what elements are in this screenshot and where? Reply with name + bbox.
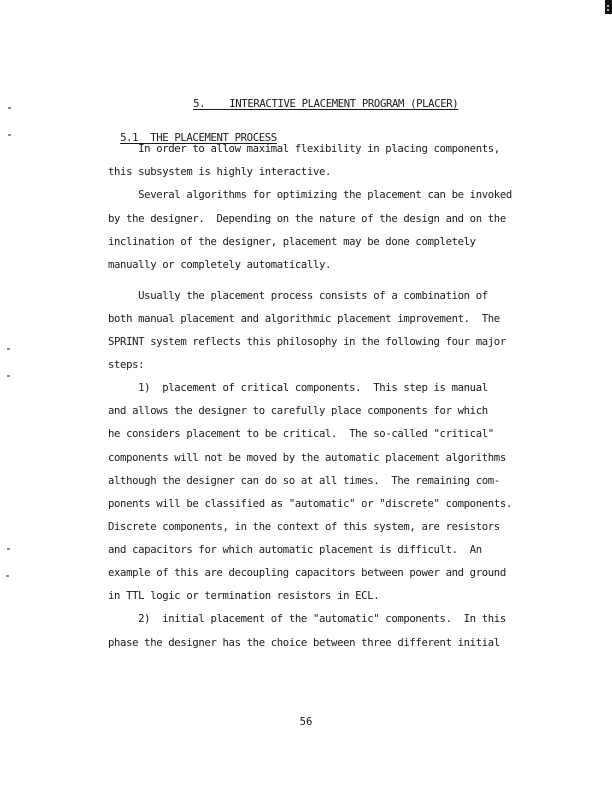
margin-punch-mark	[7, 548, 10, 550]
body-line: both manual placement and algorithmic pl…	[108, 312, 500, 326]
body-line: by the designer. Depending on the nature…	[108, 212, 506, 226]
body-line: 2) initial placement of the "automatic" …	[108, 612, 506, 626]
margin-punch-mark	[8, 107, 11, 109]
body-line: 1) placement of critical components. Thi…	[108, 381, 488, 395]
body-line: In order to allow maximal flexibility in…	[108, 142, 500, 156]
body-line: ponents will be classified as "automatic…	[108, 497, 512, 511]
margin-punch-mark	[6, 575, 9, 577]
chapter-number: 5.	[193, 98, 205, 110]
body-line: this subsystem is highly interactive.	[108, 165, 331, 179]
body-line: Several algorithms for optimizing the pl…	[108, 188, 512, 202]
margin-punch-mark	[7, 375, 10, 377]
body-line: in TTL logic or termination resistors in…	[108, 589, 379, 603]
body-line: components will not be moved by the auto…	[108, 451, 506, 465]
chapter-heading: 5. INTERACTIVE PLACEMENT PROGRAM (PLACER…	[181, 83, 458, 111]
body-line: he considers placement to be critical. T…	[108, 427, 494, 441]
body-line: SPRINT system reflects this philosophy i…	[108, 335, 506, 349]
margin-punch-mark	[7, 348, 10, 350]
scan-corner-mark	[605, 0, 612, 14]
body-line: phase the designer has the choice betwee…	[108, 636, 500, 650]
body-line: example of this are decoupling capacitor…	[108, 566, 506, 580]
body-line: Discrete components, in the context of t…	[108, 520, 500, 534]
body-line: and allows the designer to carefully pla…	[108, 404, 488, 418]
chapter-title: INTERACTIVE PLACEMENT PROGRAM (PLACER)	[229, 98, 458, 110]
section-heading: 5.1 THE PLACEMENT PROCESS	[108, 117, 277, 145]
body-line: although the designer can do so at all t…	[108, 474, 500, 488]
body-line: manually or completely automatically.	[108, 258, 331, 272]
page-number: 56	[0, 716, 612, 728]
body-line: and capacitors for which automatic place…	[108, 543, 482, 557]
body-line: steps:	[108, 358, 144, 372]
body-line: inclination of the designer, placement m…	[108, 235, 476, 249]
body-line: Usually the placement process consists o…	[108, 289, 488, 303]
margin-punch-mark	[8, 134, 11, 136]
